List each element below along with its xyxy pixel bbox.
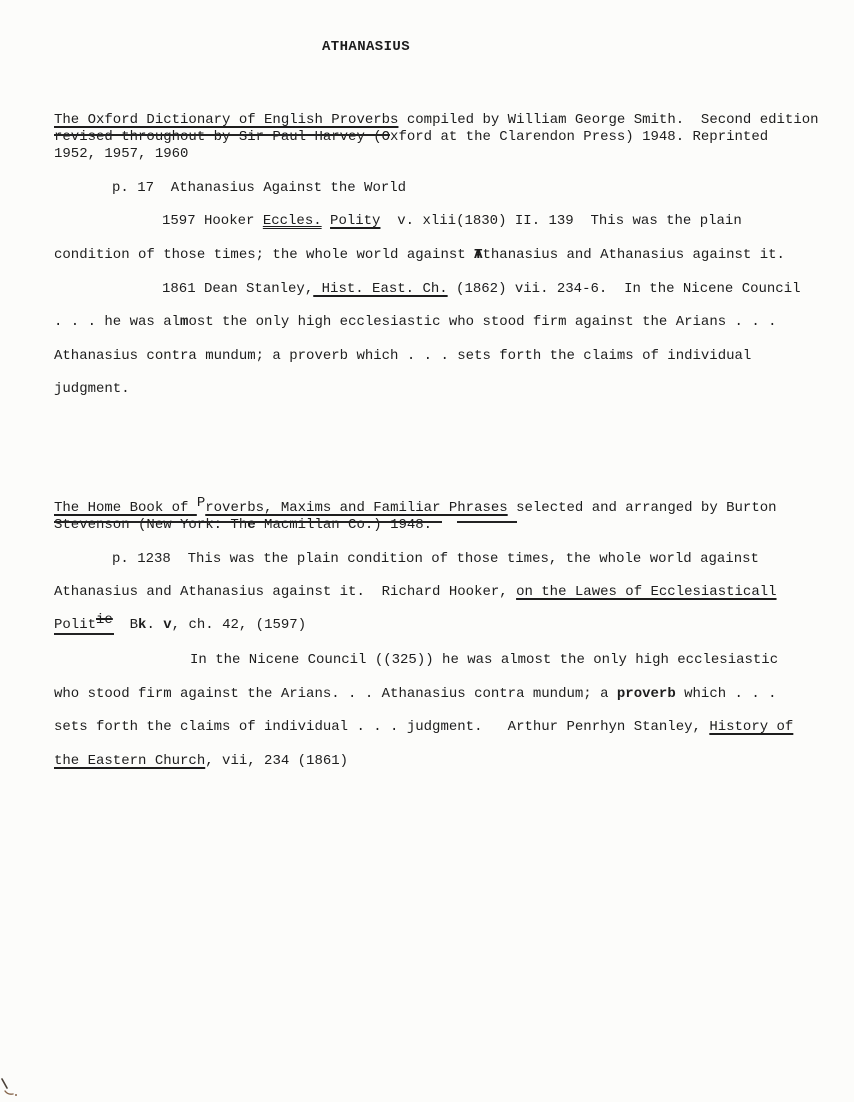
home-book-heading-line-2: Stevenson (New York: The Macmillan Co.) …: [54, 517, 432, 533]
stanley-1861-citation-line-2: . . . he was almost the only high eccles…: [54, 314, 777, 330]
text-segment: , ch. 42, (1597): [172, 617, 306, 633]
text-segment: thanasius and Athanasius against it.: [482, 247, 784, 263]
text-segment: Polit: [54, 617, 96, 633]
text-segment: condition of those times; the whole worl…: [54, 247, 474, 263]
text-segment: 1952, 1957, 1960: [54, 146, 188, 162]
text-segment: ie: [96, 612, 113, 628]
typed-underscore-strike-heading-1: [54, 134, 390, 136]
typed-underscore-strike-heading-2: [54, 521, 442, 523]
nicene-council-line-4: the Eastern Church, vii, 234 (1861): [54, 753, 348, 769]
oxford-dict-heading-line-2: revised throughout by Sir Paul Harvey (O…: [54, 129, 768, 145]
stanley-1861-citation-line-3: Athanasius contra mundum; a proverb whic…: [54, 348, 751, 364]
text-segment: B: [113, 617, 138, 633]
page-17-entry: p. 17 Athanasius Against the World: [112, 180, 406, 196]
text-segment: compiled by William George Smith. Second…: [398, 112, 818, 128]
page-1238-entry-line-3: Politie Bk. v, ch. 42, (1597): [54, 617, 306, 633]
text-segment: Macmillan Co.) 1948.: [256, 517, 432, 533]
text-segment: P: [197, 495, 205, 511]
nicene-council-line-2: who stood firm against the Arians. . . A…: [54, 686, 777, 702]
hooker-1597-citation-line-1: 1597 Hooker Eccles. Polity v. xlii(1830)…: [162, 213, 742, 229]
page-title: ATHANASIUS: [322, 39, 410, 55]
text-segment: Eccles.: [263, 213, 322, 229]
text-segment: .: [146, 617, 163, 633]
text-segment: Hist. East. Ch.: [313, 281, 447, 297]
text-segment: . . . he was al: [54, 314, 180, 330]
text-segment: ost the only high ecclesiastic who stood…: [188, 314, 776, 330]
text-segment: TA: [474, 247, 482, 263]
oxford-dict-heading-line-1: The Oxford Dictionary of English Proverb…: [54, 112, 819, 128]
text-segment: revised throughout by Sir Paul Harvey (O…: [54, 129, 768, 145]
text-segment: In the Nicene Council ((325)) he was alm…: [190, 652, 778, 668]
text-segment: selected and arranged by Burton: [508, 500, 777, 516]
nicene-council-line-1: In the Nicene Council ((325)) he was alm…: [190, 652, 778, 668]
text-segment: proverb: [617, 686, 676, 702]
text-segment: the Eastern Church: [54, 753, 205, 769]
text-segment: v. xlii(1830) II. 139 This was the plain: [380, 213, 741, 229]
text-segment: Athanasius and Athanasius against it. Ri…: [54, 584, 516, 600]
text-segment: e: [247, 517, 255, 533]
stanley-1861-citation-line-1: 1861 Dean Stanley, Hist. East. Ch. (1862…: [162, 281, 801, 297]
text-segment: The Oxford Dictionary of English Proverb…: [54, 112, 398, 128]
oxford-dict-heading-line-3: 1952, 1957, 1960: [54, 146, 188, 162]
text-segment: History of: [709, 719, 793, 735]
text-segment: sets forth the claims of individual . . …: [54, 719, 709, 735]
scanned-typewritten-page: ATHANASIUS The Oxford Dictionary of Engl…: [0, 0, 854, 1102]
text-segment: p. 17 Athanasius Against the World: [112, 180, 406, 196]
text-segment: roverbs, Maxims and Familiar Phrases: [205, 500, 507, 516]
text-segment: on the Lawes of Ecclesiasticall: [516, 584, 776, 600]
text-segment: judgment.: [54, 381, 130, 397]
page-1238-entry-line-2: Athanasius and Athanasius against it. Ri…: [54, 584, 777, 600]
text-segment: who stood firm against the Arians. . . A…: [54, 686, 617, 702]
home-book-heading-line-1: The Home Book of Proverbs, Maxims and Fa…: [54, 500, 777, 516]
text-segment: , vii, 234 (1861): [205, 753, 348, 769]
hooker-1597-citation-line-2: condition of those times; the whole worl…: [54, 247, 785, 263]
text-segment: v: [163, 617, 171, 633]
nicene-council-line-3: sets forth the claims of individual . . …: [54, 719, 793, 735]
text-segment: The Home Book of: [54, 500, 197, 516]
text-segment: [322, 213, 330, 229]
page-1238-entry-line-1: p. 1238 This was the plain condition of …: [112, 551, 759, 567]
stanley-1861-citation-line-4: judgment.: [54, 381, 130, 397]
typed-underscore-stray-segment: [457, 521, 517, 523]
pen-mark-icon: [0, 1078, 28, 1100]
text-segment: p. 1238 This was the plain condition of …: [112, 551, 759, 567]
text-segment: Polity: [330, 213, 380, 229]
text-segment: (1862) vii. 234-6. In the Nicene Council: [448, 281, 801, 297]
text-segment: which . . .: [676, 686, 777, 702]
text-segment: Stevenson (New York: Th: [54, 517, 247, 533]
text-segment: 1597 Hooker: [162, 213, 263, 229]
politie-underline: [54, 633, 114, 635]
text-segment: 1861 Dean Stanley,: [162, 281, 313, 297]
overstrike-character: A: [474, 247, 482, 263]
text-segment: Athanasius contra mundum; a proverb whic…: [54, 348, 751, 364]
